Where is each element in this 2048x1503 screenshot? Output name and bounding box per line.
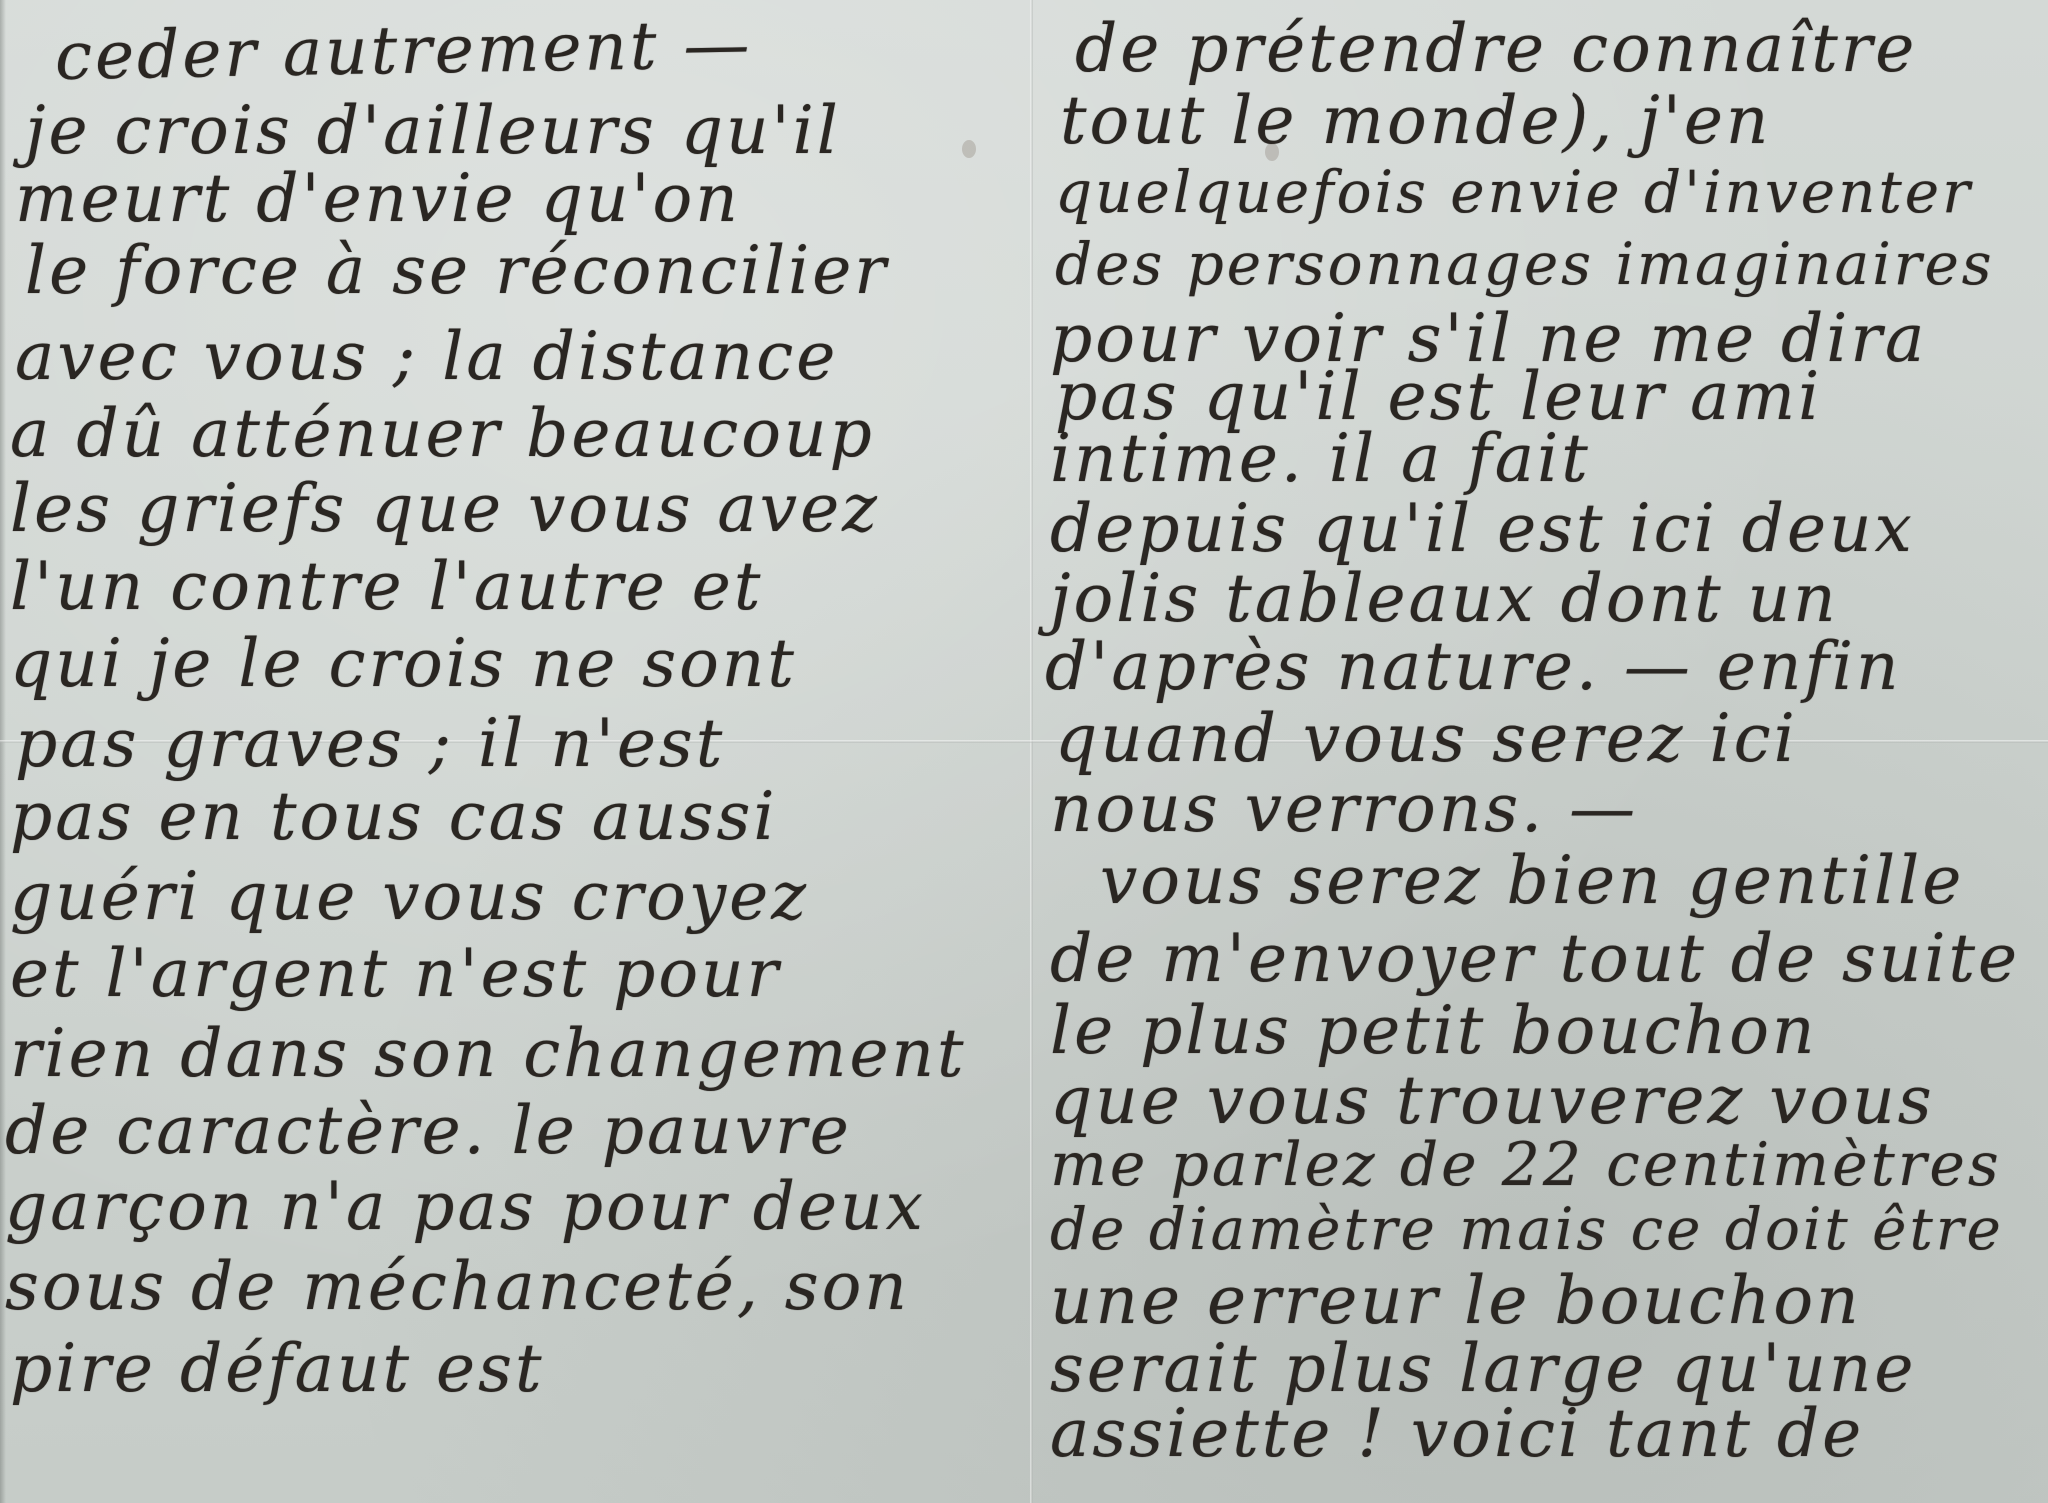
letter-line: jolis tableaux dont un [1050,560,1839,637]
letter-line: de prétendre connaître [1075,10,1917,87]
letter-line: me parlez de 22 centimètres [1050,1130,2002,1200]
left-column: ceder autrement — je crois d'ailleurs qu… [0,0,1030,1503]
letter-line: de caractère. le pauvre [5,1092,852,1169]
letter-line: des personnages imaginaires [1055,230,1995,298]
letter-line: les griefs que vous avez [10,470,880,547]
letter-line: guéri que vous croyez [10,858,809,935]
letter-line: le force à se réconcilier [25,232,889,309]
letter-line: a dû atténuer beaucoup [10,395,875,472]
letter-line: l'un contre l'autre et [10,548,763,625]
letter-line: quand vous serez ici [1055,700,1798,777]
letter-line: quelquefois envie d'inventer [1055,158,1973,226]
letter-line: nous verrons. — [1050,770,1638,847]
letter-line: ceder autrement — [54,6,753,95]
letter-line: rien dans son changement [10,1015,967,1092]
letter-line: avec vous ; la distance [15,318,838,395]
letter-line: sous de méchanceté, son [5,1248,910,1325]
letter-line: pire défaut est [10,1330,545,1407]
vertical-fold-crease [1030,0,1033,1503]
letter-line: et l'argent n'est pour [10,935,781,1012]
letter-line: de diamètre mais ce doit être [1050,1195,2004,1263]
letter-line: de m'envoyer tout de suite [1050,920,2020,997]
letter-line: meurt d'envie qu'on [15,160,741,237]
letter-line: je crois d'ailleurs qu'il [25,92,841,169]
letter-line: garçon n'a pas pour deux [5,1168,926,1245]
letter-line: depuis qu'il est ici deux [1050,490,1915,567]
letter-line: pas graves ; il n'est [15,705,725,782]
letter-line: que vous trouverez vous [1050,1062,1935,1139]
letter-line: tout le monde), j'en [1060,82,1771,159]
letter-line: intime. il a fait [1050,420,1591,497]
letter-line: d'après nature. — enfin [1045,628,1902,705]
letter-line: qui je le crois ne sont [10,625,797,702]
letter-line: le plus petit bouchon [1050,992,1818,1069]
right-column: de prétendre connaître tout le monde), j… [1035,0,2048,1503]
letter-line: vous serez bien gentille [1100,842,1964,919]
letter-line: pas en tous cas aussi [10,778,777,855]
letter-line: assiette ! voici tant de [1050,1395,1864,1472]
letter-line: une erreur le bouchon [1050,1262,1862,1339]
